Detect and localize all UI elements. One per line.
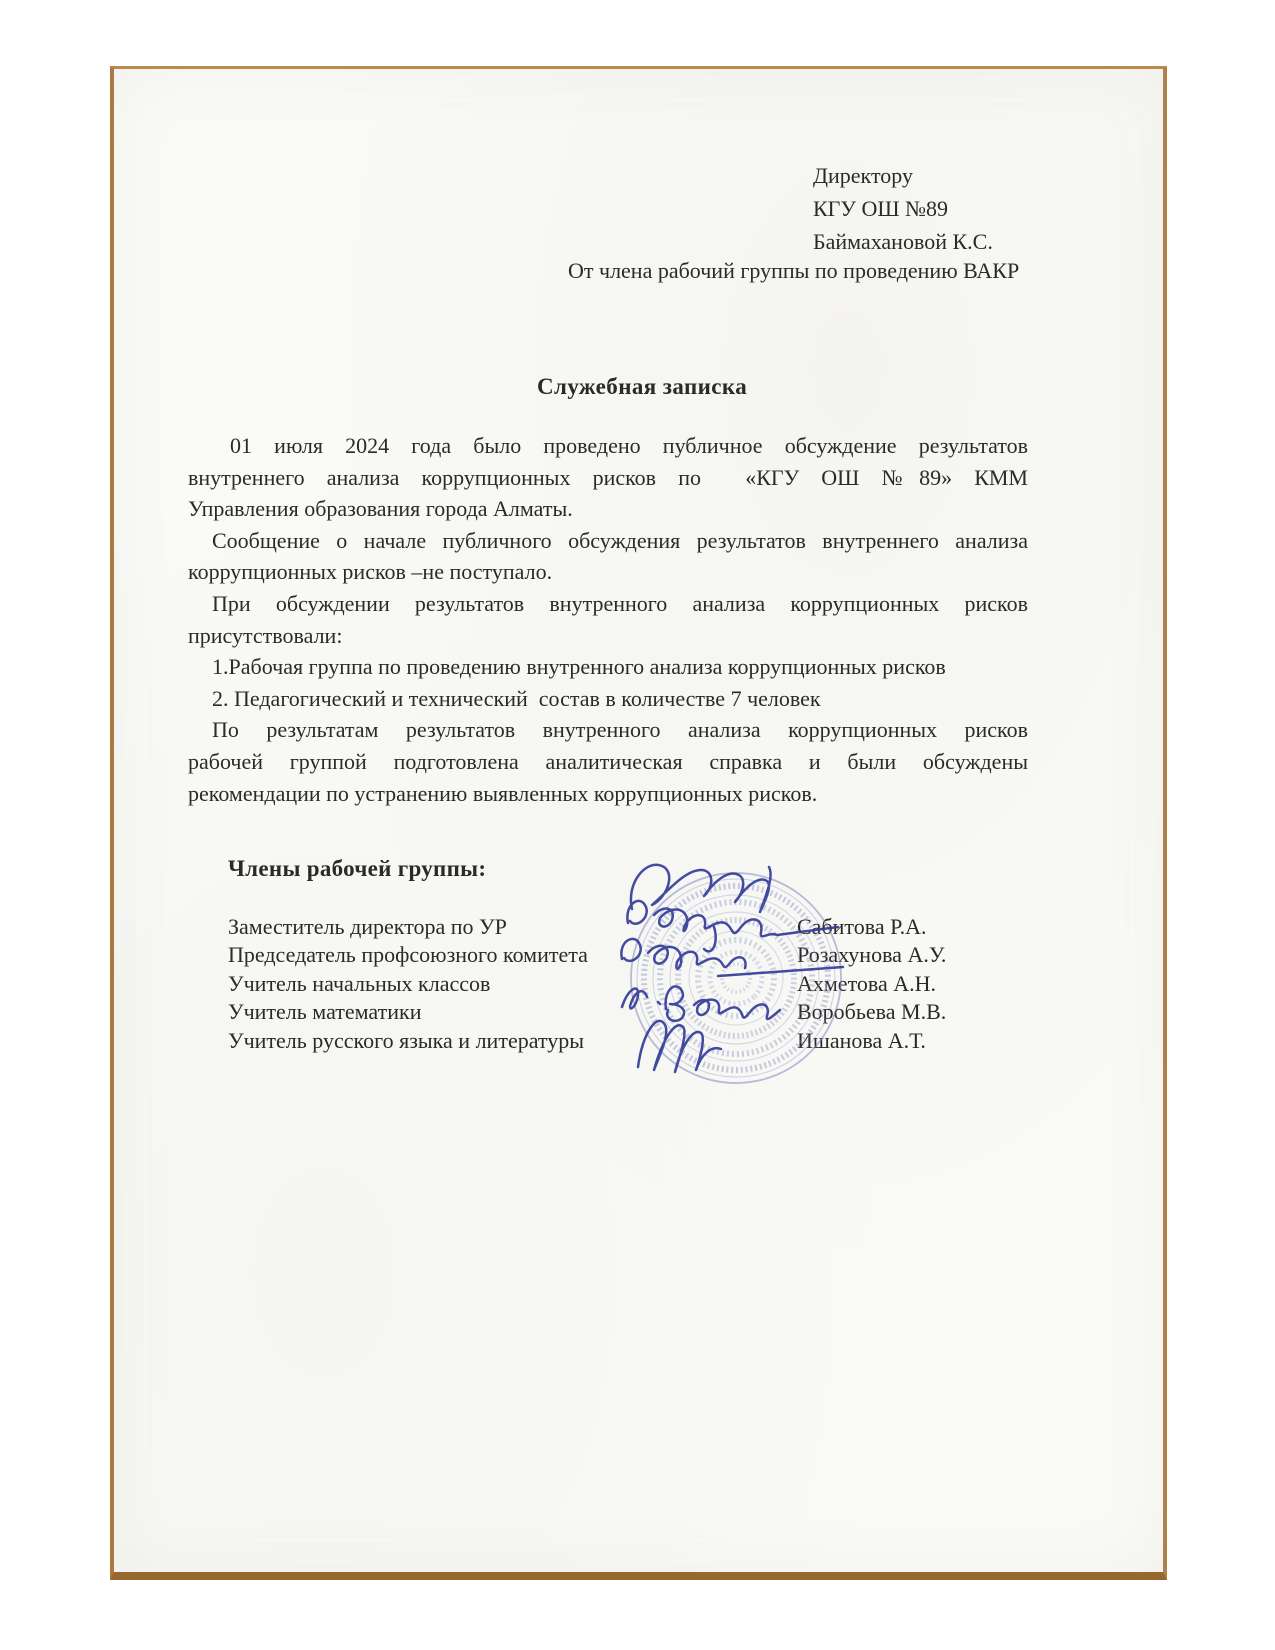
body-line: Управления образования города Алматы. bbox=[188, 493, 1028, 525]
members-list: Заместитель директора по УРСабитова Р.А.… bbox=[228, 913, 1078, 1055]
body-line: Сообщение о начале публичного обсуждения… bbox=[188, 525, 1028, 557]
members-heading: Члены рабочей группы: bbox=[228, 856, 486, 882]
member-name: Ахметова А.Н. bbox=[797, 970, 936, 998]
member-position: Председатель профсоюзного комитета bbox=[228, 942, 588, 967]
body-line: При обсуждении результатов внутренного а… bbox=[188, 588, 1028, 620]
member-position: Заместитель директора по УР bbox=[228, 914, 507, 939]
member-row: Учитель математикиВоробьева М.В. bbox=[228, 998, 1078, 1026]
member-name: Сабитова Р.А. bbox=[797, 913, 926, 941]
member-row: Председатель профсоюзного комитетаРозаху… bbox=[228, 941, 1078, 969]
member-position: Учитель математики bbox=[228, 999, 421, 1024]
recipient-line: Баймахановой К.С. bbox=[813, 225, 993, 258]
member-row: Учитель русского языка и литературыИшано… bbox=[228, 1027, 1078, 1055]
member-name: Воробьева М.В. bbox=[797, 998, 946, 1026]
body-line: 1.Рабочая группа по проведению внутренно… bbox=[188, 651, 1028, 683]
recipient-block: ДиректоруКГУ ОШ №89Баймахановой К.С. bbox=[813, 159, 993, 258]
body-line: рабочей группой подготовлена аналитическ… bbox=[188, 746, 1028, 778]
body-line: По результатам результатов внутренного а… bbox=[188, 714, 1028, 746]
document-title: Служебная записка bbox=[537, 374, 747, 400]
scanned-document-paper: ДиректоруКГУ ОШ №89Баймахановой К.С. От … bbox=[110, 66, 1167, 1580]
member-row: Учитель начальных классовАхметова А.Н. bbox=[228, 970, 1078, 998]
body-line: присутствовали: bbox=[188, 620, 1028, 652]
member-row: Заместитель директора по УРСабитова Р.А. bbox=[228, 913, 1078, 941]
member-position: Учитель русского языка и литературы bbox=[228, 1028, 584, 1053]
body-line: рекомендации по устранению выявленных ко… bbox=[188, 778, 1028, 810]
body-line: 2. Педагогический и технический состав в… bbox=[188, 683, 1028, 715]
member-position: Учитель начальных классов bbox=[228, 971, 490, 996]
body-text: 01 июля 2024 года было проведено публичн… bbox=[188, 430, 1028, 809]
body-line: коррупционных рисков –не поступало. bbox=[188, 556, 1028, 588]
recipient-line: Директору bbox=[813, 159, 993, 192]
body-line: внутреннего анализа коррупционных рисков… bbox=[188, 462, 1028, 494]
member-name: Ишанова А.Т. bbox=[797, 1027, 926, 1055]
body-line: 01 июля 2024 года было проведено публичн… bbox=[188, 430, 1028, 462]
stamp-and-signatures-layer bbox=[114, 69, 1163, 1572]
recipient-line: КГУ ОШ №89 bbox=[813, 192, 993, 225]
from-line: От члена рабочий группы по проведению ВА… bbox=[568, 258, 1019, 284]
signature-sabitova bbox=[631, 865, 771, 912]
member-name: Розахунова А.У. bbox=[797, 941, 946, 969]
